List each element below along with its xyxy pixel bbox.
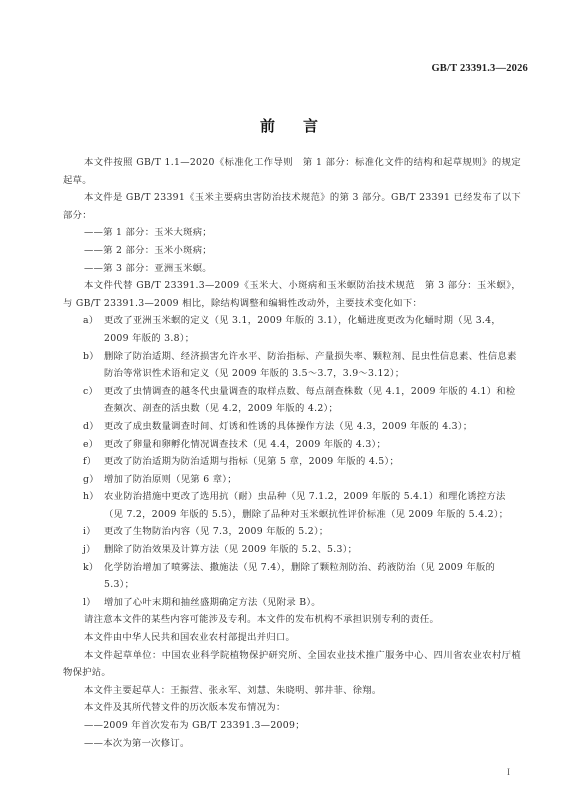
list-item-part: ——第 2 部分：玉米小斑病； <box>63 242 521 260</box>
change-label: a） <box>63 312 104 347</box>
standard-number: GB/T 23391.3—2026 <box>431 63 528 74</box>
page-title: 前言 <box>0 115 578 136</box>
change-item: g）增加了防治原则（见第 6 章）； <box>63 471 521 489</box>
change-item: l）增加了心叶末期和抽丝盛期确定方法（见附录 B）。 <box>63 594 521 612</box>
paragraph-drafting-basis: 本文件按照 GB/T 1.1—2020《标准化工作导则 第 1 部分：标准化文件… <box>63 154 521 189</box>
change-label: b） <box>63 348 104 383</box>
change-label: l） <box>63 594 104 612</box>
change-item: k）化学防治增加了喷雾法、撒施法（见 7.4），删除了颗粒剂防治、药液防治（见 … <box>63 559 521 594</box>
change-item: i）更改了生物防治内容（见 7.3，2009 年版的 5.2）； <box>63 523 521 541</box>
paragraph-drafting-units: 本文件起草单位：中国农业科学院植物保护研究所、全国农业技术推广服务中心、四川省农… <box>63 647 521 682</box>
paragraph-proposer: 本文件由中华人民共和国农业农村部提出并归口。 <box>63 629 521 647</box>
change-label: f） <box>63 453 104 471</box>
change-item: a）更改了亚洲玉米螟的定义（见 3.1，2009 年版的 3.1），化蛹进度更改… <box>63 312 521 347</box>
change-label: e） <box>63 436 104 454</box>
paragraph-drafters: 本文件主要起草人：王振营、张永军、刘慧、朱晓明、郭井菲、徐翔。 <box>63 682 521 700</box>
change-text: 更改了防治适期为防治适期与指标（见第 5 章，2009 年版的 4.5）； <box>104 453 521 471</box>
paragraph-patent-notice: 请注意本文件的某些内容可能涉及专利。本文件的发布机构不承担识别专利的责任。 <box>63 611 521 629</box>
change-label: j） <box>63 541 104 559</box>
change-item: f）更改了防治适期为防治适期与指标（见第 5 章，2009 年版的 4.5）； <box>63 453 521 471</box>
change-text: 增加了心叶末期和抽丝盛期确定方法（见附录 B）。 <box>104 594 521 612</box>
paragraph-history-intro: 本文件及其所代替文件的历次版本发布情况为： <box>63 699 521 717</box>
list-item-history: ——本次为第一次修订。 <box>63 735 521 753</box>
document-body: 本文件按照 GB/T 1.1—2020《标准化工作导则 第 1 部分：标准化文件… <box>63 154 521 752</box>
change-item: d）更改了成虫数量调查时间、灯诱和性诱的具体操作方法（见 4.3，2009 年版… <box>63 418 521 436</box>
list-item-part: ——第 1 部分：玉米大斑病； <box>63 224 521 242</box>
change-label: d） <box>63 418 104 436</box>
change-item: h）农业防治措施中更改了选用抗（耐）虫品种（见 7.1.2，2009 年版的 5… <box>63 488 521 523</box>
change-label: k） <box>63 559 104 594</box>
change-item: c）更改了虫情调查的越冬代虫量调查的取样点数、每点剖查株数（见 4.1，2009… <box>63 383 521 418</box>
change-label: c） <box>63 383 104 418</box>
list-item-part: ——第 3 部分：亚洲玉米螟。 <box>63 260 521 278</box>
change-label: g） <box>63 471 104 489</box>
change-text: 更改了亚洲玉米螟的定义（见 3.1，2009 年版的 3.1），化蛹进度更改为化… <box>104 312 521 347</box>
page-number: I <box>507 767 510 777</box>
paragraph-series-info: 本文件是 GB/T 23391《玉米主要病虫害防治技术规范》的第 3 部分。GB… <box>63 189 521 224</box>
change-text: 更改了虫情调查的越冬代虫量调查的取样点数、每点剖查株数（见 4.1，2009 年… <box>104 383 521 418</box>
change-text: 删除了防治适期、经济损害允许水平、防治指标、产量损失率、颗粒剂、昆虫性信息素、性… <box>104 348 521 383</box>
change-text: 更改了生物防治内容（见 7.3，2009 年版的 5.2）； <box>104 523 521 541</box>
change-text: 化学防治增加了喷雾法、撒施法（见 7.4），删除了颗粒剂防治、药液防治（见 20… <box>104 559 521 594</box>
list-item-history: ——2009 年首次发布为 GB/T 23391.3—2009； <box>63 717 521 735</box>
change-item: e）更改了卵量和卵孵化情况调查技术（见 4.4，2009 年版的 4.3）； <box>63 436 521 454</box>
change-item: b）删除了防治适期、经济损害允许水平、防治指标、产量损失率、颗粒剂、昆虫性信息素… <box>63 348 521 383</box>
change-text: 农业防治措施中更改了选用抗（耐）虫品种（见 7.1.2，2009 年版的 5.4… <box>104 488 521 523</box>
change-label: i） <box>63 523 104 541</box>
change-item: j）删除了防治效果及计算方法（见 2009 年版的 5.2、5.3）； <box>63 541 521 559</box>
change-text: 更改了成虫数量调查时间、灯诱和性诱的具体操作方法（见 4.3，2009 年版的 … <box>104 418 521 436</box>
change-label: h） <box>63 488 104 523</box>
paragraph-replacement: 本文件代替 GB/T 23391.3—2009《玉米大、小斑病和玉米螟防治技术规… <box>63 277 521 312</box>
change-text: 更改了卵量和卵孵化情况调查技术（见 4.4，2009 年版的 4.3）； <box>104 436 521 454</box>
change-text: 删除了防治效果及计算方法（见 2009 年版的 5.2、5.3）； <box>104 541 521 559</box>
change-text: 增加了防治原则（见第 6 章）； <box>104 471 521 489</box>
